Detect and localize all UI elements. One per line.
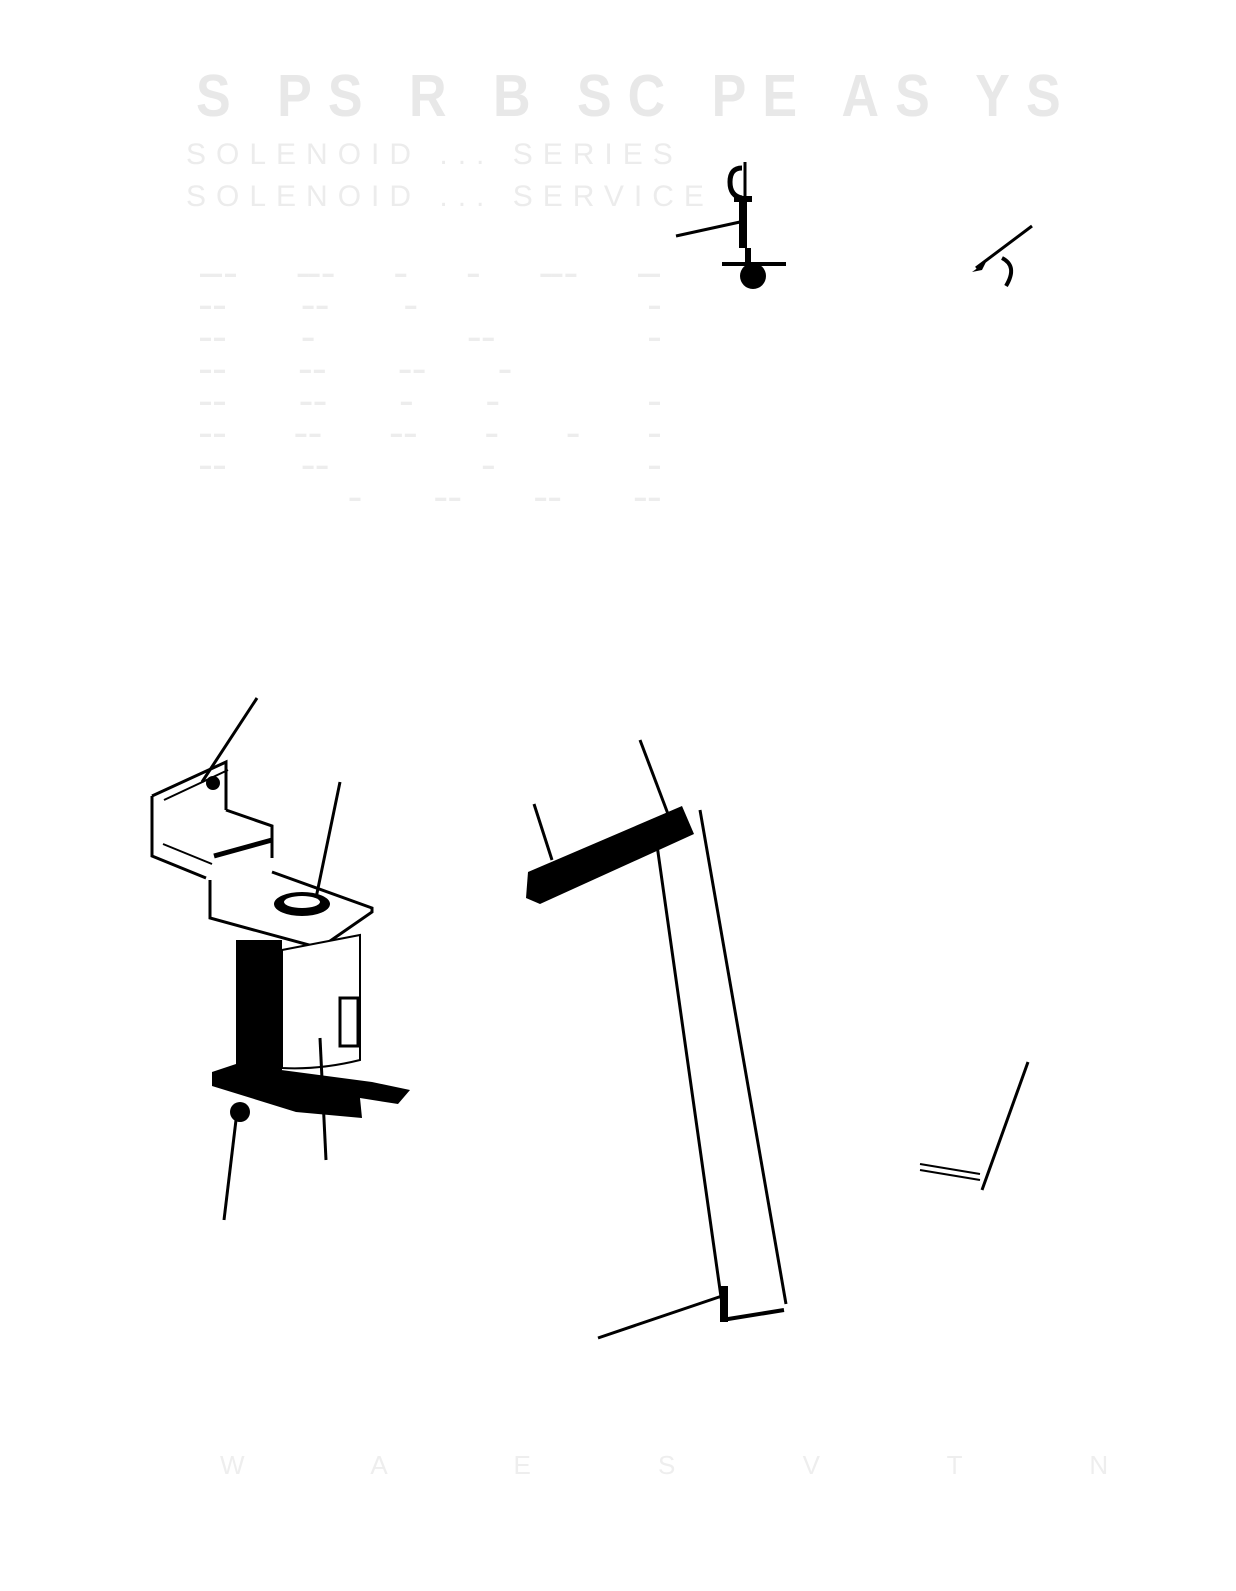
- solenoid-illustration: [152, 698, 410, 1220]
- retaining-clip-illustration: [972, 226, 1032, 286]
- spring-bracket-illustration: [920, 1062, 1028, 1190]
- illustrations: [0, 0, 1236, 1591]
- plunger-rod-illustration: [526, 740, 786, 1338]
- cotter-pin-illustration: [676, 162, 786, 289]
